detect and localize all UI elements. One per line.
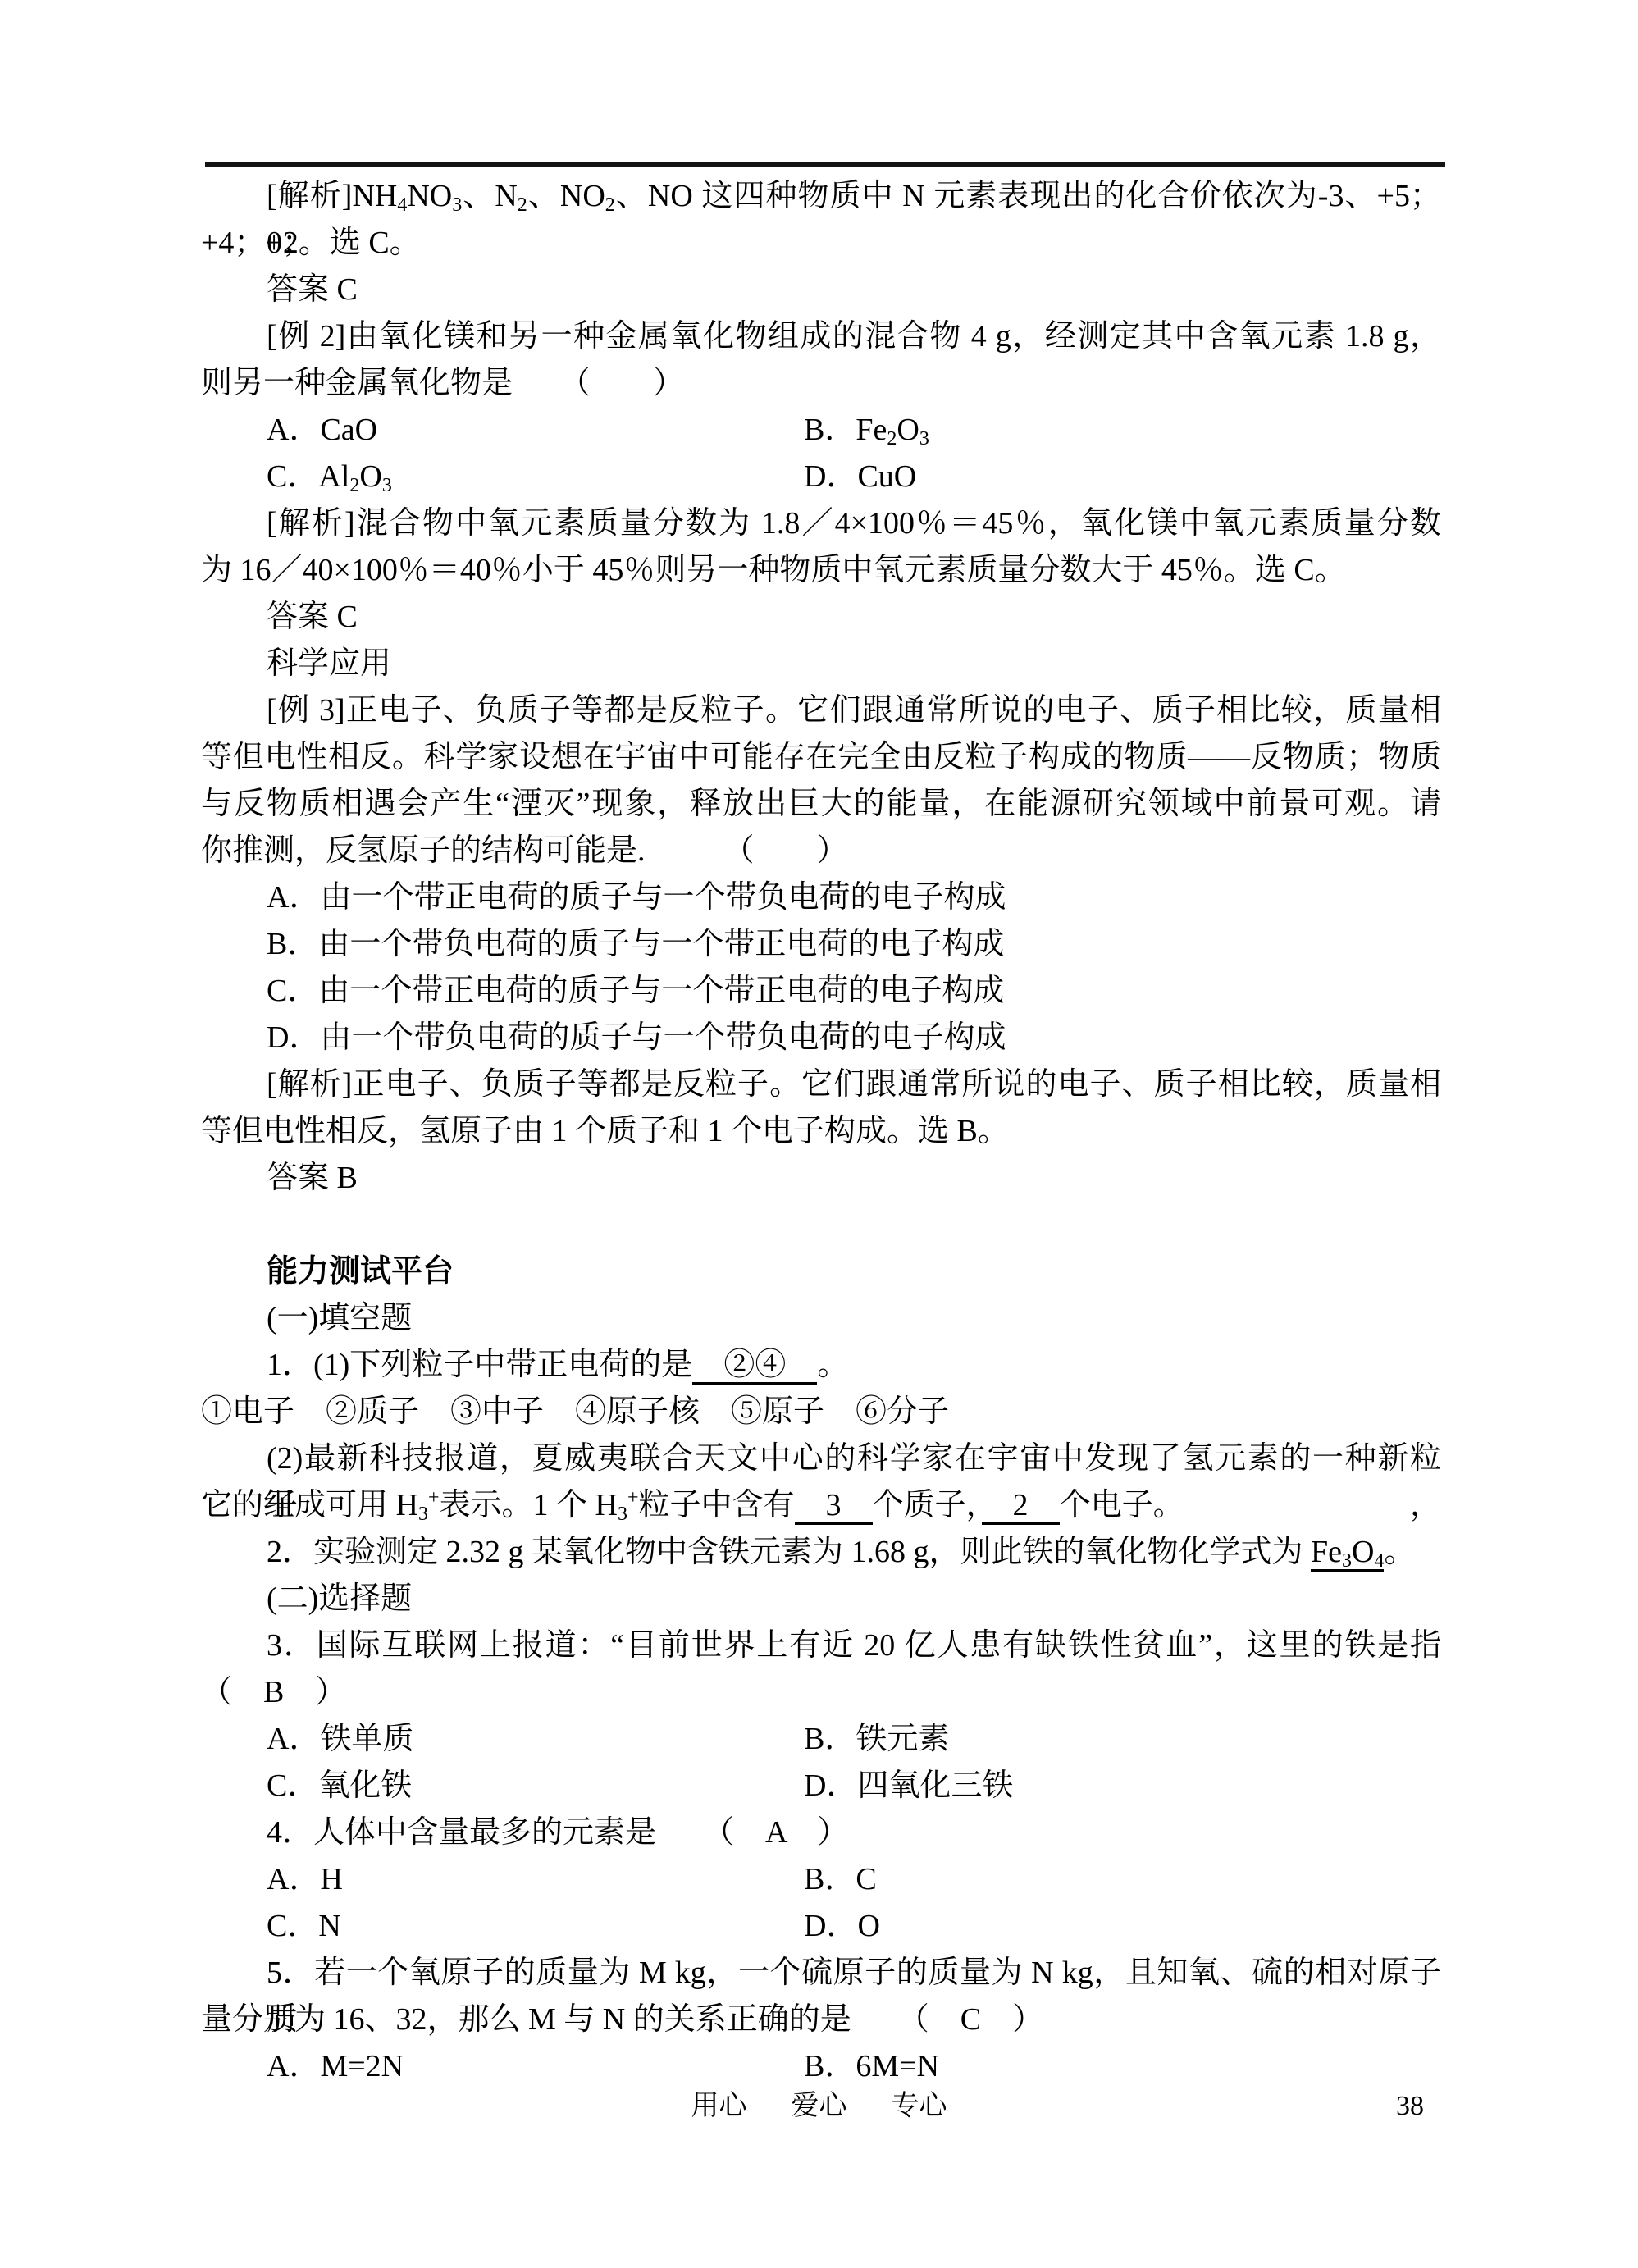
text-run: [解析]NH [267,179,397,213]
superscript-text: + [428,1487,440,1508]
option-cell: B．铁元素 [804,1716,949,1763]
subscript-text: 3 [1342,1550,1352,1572]
text-line: [解析]混合物中氧元素质量分数为 1.8／4×100％＝45％，氧化镁中氧元素质… [201,500,1441,547]
text-line: A．由一个带正电荷的质子与一个带负电荷的电子构成 [201,874,1441,921]
text-run: 、N [462,179,518,213]
text-run: 等但电性相反，氢原子由 1 个质子和 1 个电子构成。选 B。 [201,1114,1009,1148]
text-run: 。 [817,1348,848,1382]
text-line: 为 16／40×100％＝40％小于 45％则另一种物质中氧元素质量分数大于 4… [201,547,1441,594]
text-line: ①电子 ②质子 ③中子 ④原子核 ⑤原子 ⑥分子 [201,1389,1441,1435]
text-run: 个电子。 [1060,1488,1184,1522]
text-run: C．由一个带正电荷的质子与一个带正电荷的电子构成 [267,974,1004,1008]
options-row: A．M=2NB．6M=N [201,2043,1441,2090]
text-line: 等但电性相反，氢原子由 1 个质子和 1 个电子构成。选 B。 [201,1108,1441,1155]
text-run: B．Fe [804,413,887,447]
text-run: D．四氧化三铁 [804,1768,1013,1803]
text-run: C．氧化铁 [267,1768,412,1803]
text-line: 等但电性相反。科学家设想在宇宙中可能存在完全由反粒子构成的物质——反物质；物质 [201,734,1441,781]
option-cell: A．CaO [267,407,804,454]
text-run: D．CuO [804,459,916,494]
footer-motto-word: 用心 [691,2088,747,2124]
answer-blank-underline: 2 [982,1488,1060,1525]
options-row: C．Al2O3D．CuO [201,454,1441,500]
text-line: 2．实验测定 2.32 g 某氧化物中含铁元素为 1.68 g，则此铁的氧化物化… [201,1529,1441,1576]
text-line: [例 2]由氧化镁和另一种金属氧化物组成的混合物 4 g，经测定其中含氧元素 1… [201,313,1441,360]
option-cell: D．CuO [804,454,916,500]
text-run: NO [407,179,452,213]
option-cell: C．N [267,1903,804,1950]
text-line: [解析]正电子、负质子等都是反粒子。它们跟通常所说的电子、质子相比较，质量相 [201,1061,1441,1108]
text-line: 答案 C [201,267,1441,313]
text-run: [例 3]正电子、负质子等都是反粒子。它们跟通常所说的电子、质子相比较，质量相 [267,693,1441,728]
text-run: 。 [1384,1535,1415,1569]
text-line: 3．国际互联网上报道：“目前世界上有近 20 亿人患有缺铁性贫血”，这里的铁是指 [201,1622,1441,1669]
text-line: (二)选择题 [201,1576,1441,1622]
text-run: ②④ [692,1348,817,1382]
text-line: 与反物质相遇会产生“湮灭”现象，释放出巨大的能量，在能源研究领域中前景可观。请 [201,781,1441,828]
option-cell: A．M=2N [267,2043,804,2090]
text-run: [例 2]由氧化镁和另一种金属氧化物组成的混合物 4 g，经测定其中含氧元素 1… [267,319,1441,354]
text-run: ①电子 ②质子 ③中子 ④原子核 ⑤原子 ⑥分子 [201,1394,949,1429]
text-line: (一)填空题 [201,1295,1441,1342]
text-run: C．N [267,1909,341,1943]
text-run: （ B ） [201,1675,346,1709]
text-run: A．铁单质 [267,1722,413,1756]
text-line: 科学应用 [201,641,1441,687]
text-run: 2 [982,1488,1060,1522]
page-footer: 用心 爱心 专心 38 [0,2088,1638,2129]
text-run: C．Al [267,459,349,494]
text-run: [解析]正电子、负质子等都是反粒子。它们跟通常所说的电子、质子相比较，质量相 [267,1067,1441,1102]
text-line: 4．人体中含量最多的元素是 （ A ） [201,1809,1441,1856]
footer-motto: 用心 爱心 专心 [691,2088,947,2124]
text-run: 与反物质相遇会产生“湮灭”现象，释放出巨大的能量，在能源研究领域中前景可观。请 [201,787,1441,821]
text-run: 它的组成可用 H [201,1488,418,1522]
text-run: O [359,459,381,494]
option-cell: A．H [267,1856,804,1903]
text-run: (一)填空题 [267,1301,412,1335]
text-line: [例 3]正电子、负质子等都是反粒子。它们跟通常所说的电子、质子相比较，质量相 [201,687,1441,734]
text-run: 4．人体中含量最多的元素是 （ A ） [267,1815,848,1850]
text-line: 1．(1)下列粒子中带正电荷的是 ②④ 。 [201,1342,1441,1389]
text-run: B．C [804,1862,877,1896]
text-run: A．CaO [267,413,377,447]
subscript-text: 3 [382,475,392,496]
options-row: C．氧化铁D．四氧化三铁 [201,1763,1441,1809]
text-run: D．O [804,1909,880,1943]
text-line: B．由一个带负电荷的质子与一个带正电荷的电子构成 [201,921,1441,968]
text-line: +4；+2。选 C。 [201,220,1441,267]
text-line: 5．若一个氧原子的质量为 M kg，一个硫原子的质量为 N kg，且知氧、硫的相… [201,1950,1441,1996]
text-run: [解析]混合物中氧元素质量分数为 1.8／4×100％＝45％，氧化镁中氧元素质… [267,506,1441,541]
answer-blank-underline: 3 [795,1488,873,1525]
footer-motto-word: 专心 [892,2088,947,2124]
text-run: B．6M=N [804,2049,939,2083]
text-line: 答案 C [201,594,1441,641]
text-run: B．由一个带负电荷的质子与一个带正电荷的电子构成 [267,927,1004,961]
text-run: 你推测，反氢原子的结构可能是. （ ） [201,833,848,868]
text-run: D．由一个带负电荷的质子与一个带负电荷的电子构成 [267,1020,1006,1055]
top-rule [205,162,1445,167]
text-line: 你推测，反氢原子的结构可能是. （ ） [201,828,1441,874]
text-run: +4；+2。选 C。 [201,226,421,260]
text-run: 科学应用 [267,646,391,681]
subscript-text: 3 [452,194,462,216]
option-cell: C．Al2O3 [267,454,804,500]
text-run: 量分别为 16、32，那么 M 与 N 的关系正确的是 （ C ） [201,2002,1043,2037]
blank-line [201,1202,1441,1248]
text-run: 2．实验测定 2.32 g 某氧化物中含铁元素为 1.68 g，则此铁的氧化物化… [267,1535,1311,1569]
page-number: 38 [1396,2088,1424,2124]
subscript-text: 2 [605,194,615,216]
subscript-text: 2 [518,194,527,216]
option-cell: B．Fe2O3 [804,407,929,454]
text-run: (二)选择题 [267,1581,412,1616]
section-heading: 能力测试平台 [201,1248,1441,1295]
text-line: C．由一个带正电荷的质子与一个带正电荷的电子构成 [201,968,1441,1015]
text-line: 量分别为 16、32，那么 M 与 N 的关系正确的是 （ C ） [201,1996,1441,2043]
text-run: 、NO [527,179,605,213]
answer-blank-underline: ②④ [692,1348,817,1385]
options-row: C．ND．O [201,1903,1441,1950]
text-run: 个质子， [873,1488,982,1522]
footer-motto-word: 爱心 [792,2088,847,2124]
text-run: 答案 C [267,600,358,634]
text-line: [解析]NH4NO3、N2、NO2、NO 这四种物质中 N 元素表现出的化合价依… [201,173,1441,220]
text-run: O [897,413,919,447]
options-row: A．CaOB．Fe2O3 [201,407,1441,454]
option-cell: A．铁单质 [267,1716,804,1763]
text-run: 为 16／40×100％＝40％小于 45％则另一种物质中氧元素质量分数大于 4… [201,553,1346,587]
answer-blank-underline: Fe3O4 [1311,1535,1384,1572]
text-line: (2)最新科技报道，夏威夷联合天文中心的科学家在宇宙中发现了氢元素的一种新粒子， [201,1435,1441,1482]
subscript-text: 3 [919,428,929,449]
subscript-text: 4 [397,194,407,216]
document-page: [解析]NH4NO3、N2、NO2、NO 这四种物质中 N 元素表现出的化合价依… [0,0,1638,2268]
option-cell: B．C [804,1856,877,1903]
text-run: 答案 C [267,272,358,307]
subscript-text: 4 [1374,1550,1384,1572]
text-run: A．M=2N [267,2049,404,2083]
text-run: 3．国际互联网上报道：“目前世界上有近 20 亿人患有缺铁性贫血”，这里的铁是指 [267,1628,1441,1663]
text-run: 答案 B [267,1161,358,1195]
text-line: 则另一种金属氧化物是 （ ） [201,360,1441,407]
option-cell: D．四氧化三铁 [804,1763,1013,1809]
option-cell: B．6M=N [804,2043,939,2090]
text-run: A．H [267,1862,343,1896]
subscript-text: 3 [618,1504,627,1525]
text-line: （ B ） [201,1669,1441,1716]
text-run: 则另一种金属氧化物是 （ ） [201,366,684,400]
text-run: Fe [1311,1535,1342,1569]
option-cell: D．O [804,1903,880,1950]
options-row: A．HB．C [201,1856,1441,1903]
document-content: [解析]NH4NO3、N2、NO2、NO 这四种物质中 N 元素表现出的化合价依… [201,173,1441,2090]
text-line: D．由一个带负电荷的质子与一个带负电荷的电子构成 [201,1015,1441,1061]
options-row: A．铁单质B．铁元素 [201,1716,1441,1763]
text-run: A．由一个带正电荷的质子与一个带负电荷的电子构成 [267,880,1006,915]
subscript-text: 2 [887,428,897,449]
text-run: 1．(1)下列粒子中带正电荷的是 [267,1348,692,1382]
subscript-text: 3 [418,1504,428,1525]
text-run: B．铁元素 [804,1722,949,1756]
text-line: 答案 B [201,1155,1441,1202]
text-run: 表示。1 个 H [440,1488,618,1522]
text-run: 能力测试平台 [267,1254,454,1289]
text-run: 3 [795,1488,873,1522]
text-run: O [1352,1535,1374,1569]
option-cell: C．氧化铁 [267,1763,804,1809]
text-run: 粒子中含有 [639,1488,795,1522]
subscript-text: 2 [349,475,359,496]
text-run: 等但电性相反。科学家设想在宇宙中可能存在完全由反粒子构成的物质——反物质；物质 [201,740,1441,774]
superscript-text: + [627,1487,639,1508]
